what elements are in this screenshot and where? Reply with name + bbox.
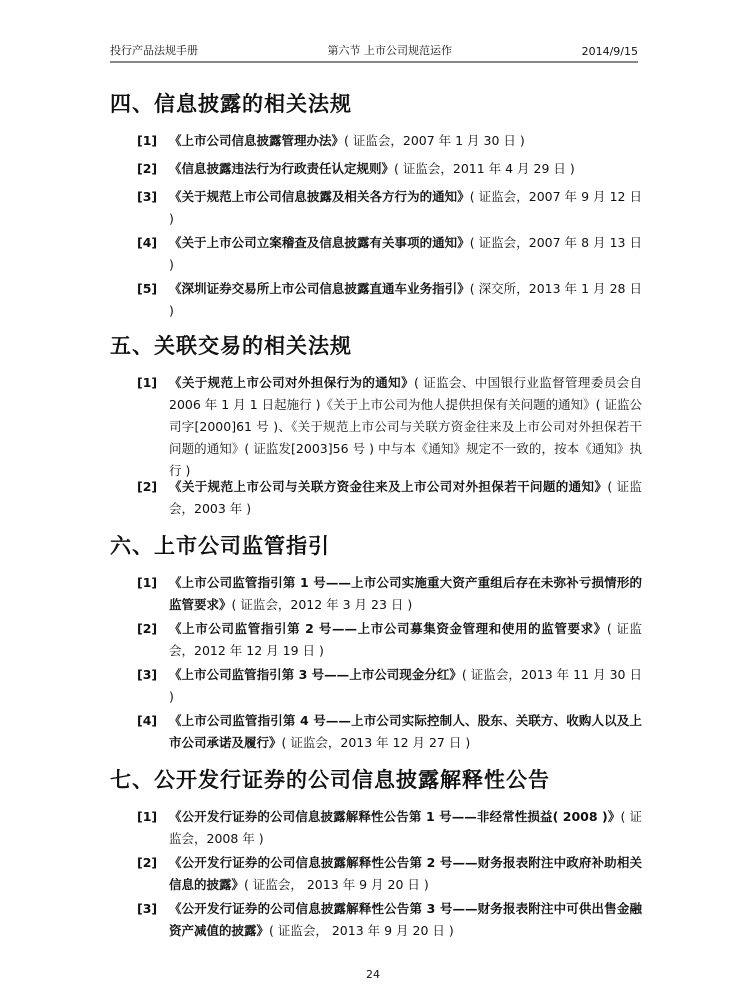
item-number: [5] — [137, 278, 157, 300]
item-number: [4] — [137, 710, 157, 732]
item-number: [2] — [137, 852, 157, 874]
regulation-note: ( 证监会，2011 年 4 月 29 日 ) — [394, 161, 575, 176]
regulation-note: ( 证监会，2012 年 3 月 23 日 ) — [232, 597, 413, 612]
page-header: 投行产品法规手册 第六节 上市公司规范运作 2014/9/15 — [110, 38, 638, 58]
item-number: [2] — [137, 618, 157, 640]
item-number: [3] — [137, 186, 157, 208]
list-item: [1] 《公开发行证券的公司信息披露解释性公告第 1 号——非经常性损益( 20… — [137, 806, 642, 850]
list-item: [4] 《关于上市公司立案稽查及信息披露有关事项的通知》( 证监会，2007 年… — [137, 232, 642, 276]
list-item: [1] 《关于规范上市公司对外担保行为的通知》( 证监会、中国银行业监督管理委员… — [137, 372, 642, 482]
item-number: [2] — [137, 158, 157, 180]
regulation-title: 《上市公司监管指引第 2 号——上市公司募集资金管理和使用的监管要求》 — [169, 621, 607, 636]
regulation-note: ( 证监会， 2013 年 9 月 20 日 ) — [269, 923, 454, 938]
regulation-title: 《信息披露违法行为行政责任认定规则》 — [169, 161, 394, 176]
item-number: [1] — [137, 806, 157, 828]
item-number: [1] — [137, 130, 157, 152]
regulation-title: 《关于上市公司立案稽查及信息披露有关事项的通知》 — [169, 235, 470, 250]
section-title-5: 五、关联交易的相关法规 — [110, 330, 352, 360]
regulation-note: ( 证监会，2013 年 12 月 27 日 ) — [282, 735, 471, 750]
header-manual-title: 投行产品法规手册 — [110, 42, 198, 58]
list-item: [2] 《上市公司监管指引第 2 号——上市公司募集资金管理和使用的监管要求》(… — [137, 618, 642, 662]
regulation-note: ( 证监会、中国银行业监督管理委员会自 2006 年 1 月 1 日起施行 )《… — [169, 375, 642, 478]
list-item: [2] 《公开发行证券的公司信息披露解释性公告第 2 号——财务报表附注中政府补… — [137, 852, 642, 896]
regulation-title: 《上市公司信息披露管理办法》 — [169, 133, 344, 148]
list-item: [1] 《上市公司信息披露管理办法》( 证监会，2007 年 1 月 30 日 … — [137, 130, 642, 152]
list-item: [2] 《信息披露违法行为行政责任认定规则》( 证监会，2011 年 4 月 2… — [137, 158, 642, 180]
item-number: [3] — [137, 664, 157, 686]
page-number: 24 — [0, 968, 746, 981]
regulation-note: ( 证监会，2007 年 1 月 30 日 ) — [344, 133, 525, 148]
list-item: [3] 《上市公司监管指引第 3 号——上市公司现金分红》( 证监会，2013 … — [137, 664, 642, 708]
regulation-note: ( 证监会， 2013 年 9 月 20 日 ) — [244, 877, 429, 892]
item-number: [4] — [137, 232, 157, 254]
header-divider — [110, 61, 638, 63]
regulation-title: 《关于规范上市公司对外担保行为的通知》 — [169, 375, 414, 390]
list-item: [5] 《深圳证券交易所上市公司信息披露直通车业务指引》( 深交所，2013 年… — [137, 278, 642, 322]
list-item: [1] 《上市公司监管指引第 1 号——上市公司实施重大资产重组后存在未弥补亏损… — [137, 572, 642, 616]
item-number: [2] — [137, 476, 157, 498]
section-title-6: 六、上市公司监管指引 — [110, 530, 330, 560]
section-title-7: 七、公开发行证券的公司信息披露解释性公告 — [110, 764, 550, 794]
section-title-4: 四、信息披露的相关法规 — [110, 88, 352, 118]
regulation-title: 《公开发行证券的公司信息披露解释性公告第 1 号——非经常性损益( 2008 )… — [169, 809, 621, 824]
list-item: [4] 《上市公司监管指引第 4 号——上市公司实际控制人、股东、关联方、收购人… — [137, 710, 642, 754]
regulation-title: 《关于规范上市公司与关联方资金往来及上市公司对外担保若干问题的通知》 — [169, 479, 607, 494]
item-number: [3] — [137, 898, 157, 920]
item-number: [1] — [137, 372, 157, 394]
list-item: [3] 《关于规范上市公司信息披露及相关各方行为的通知》( 证监会，2007 年… — [137, 186, 642, 230]
list-item: [3] 《公开发行证券的公司信息披露解释性公告第 3 号——财务报表附注中可供出… — [137, 898, 642, 942]
header-date: 2014/9/15 — [582, 45, 638, 58]
regulation-title: 《关于规范上市公司信息披露及相关各方行为的通知》 — [169, 189, 470, 204]
item-number: [1] — [137, 572, 157, 594]
header-section-title: 第六节 上市公司规范运作 — [328, 42, 453, 58]
regulation-title: 《上市公司监管指引第 3 号——上市公司现金分红》 — [169, 667, 462, 682]
list-item: [2] 《关于规范上市公司与关联方资金往来及上市公司对外担保若干问题的通知》( … — [137, 476, 642, 520]
regulation-title: 《深圳证券交易所上市公司信息披露直通车业务指引》 — [169, 281, 470, 296]
